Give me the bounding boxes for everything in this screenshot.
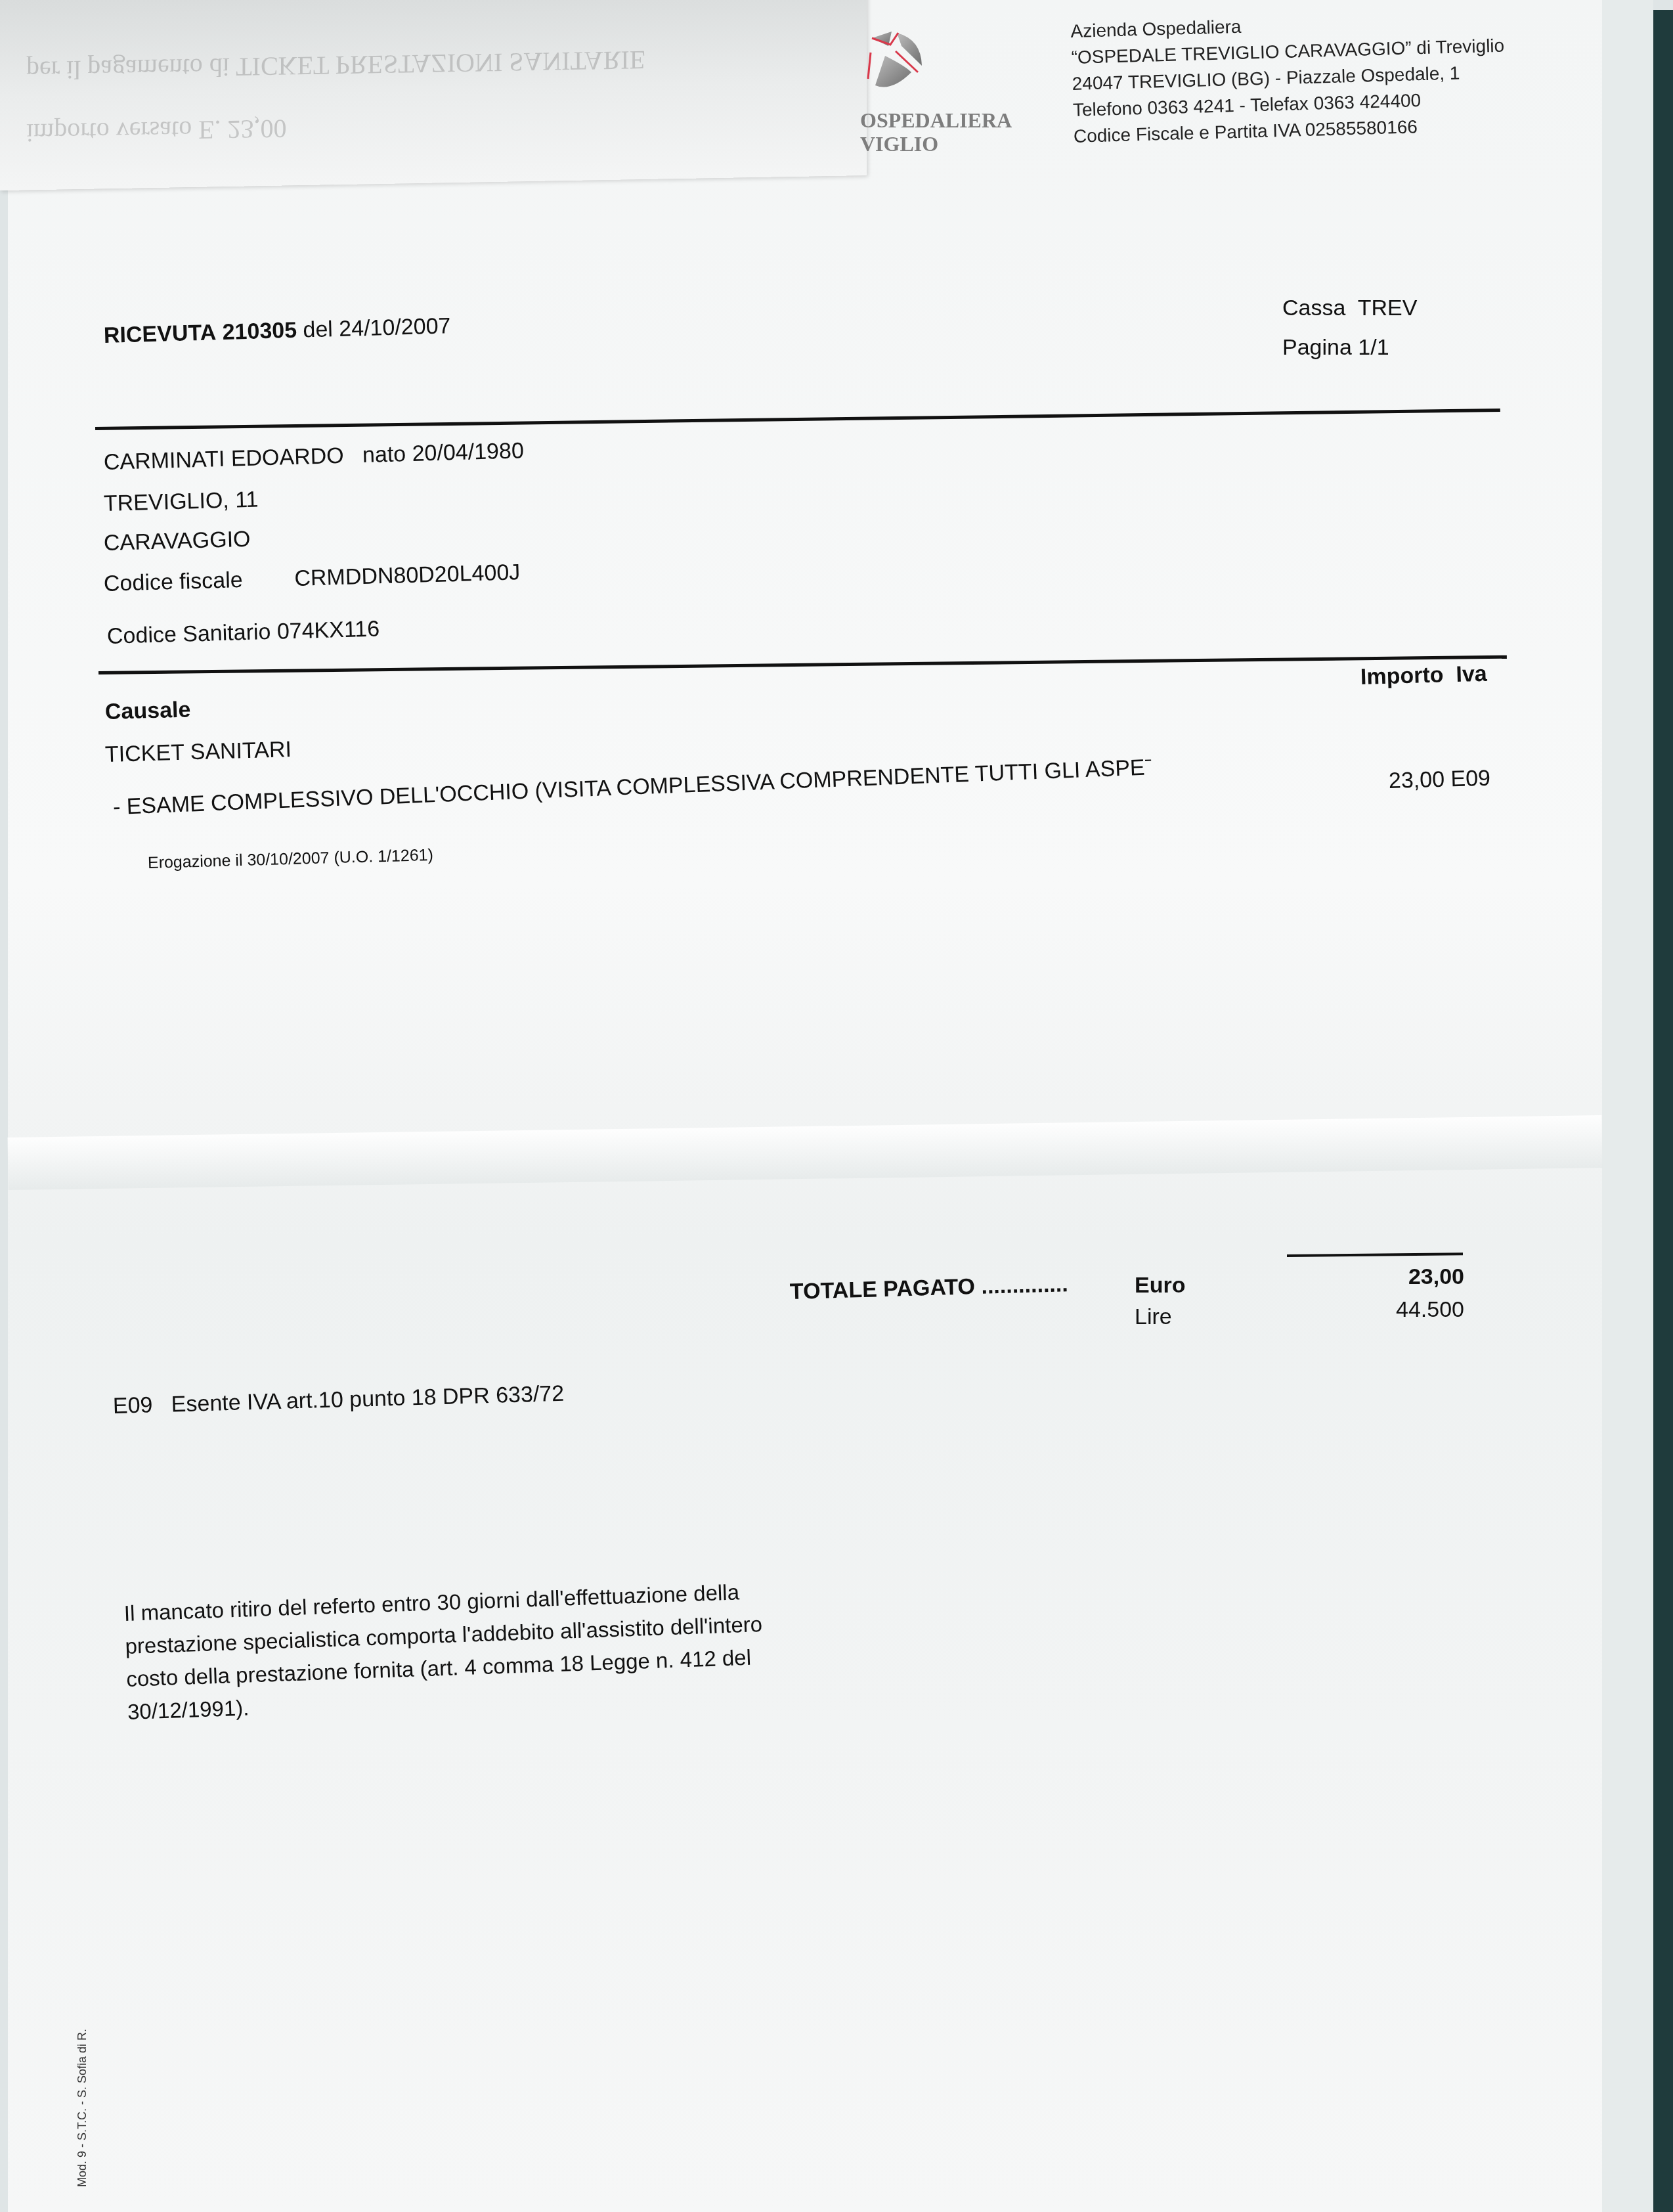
receipt-date: 24/10/2007 — [339, 313, 451, 342]
item-iva: E09 — [1450, 766, 1491, 792]
disclaimer: Il mancato ritiro del referto entro 30 g… — [123, 1575, 765, 1729]
cassa: Cassa TREV — [1282, 296, 1417, 321]
receipt-label: RICEVUTA — [103, 320, 216, 348]
health-code: 074KX116 — [276, 616, 380, 644]
item-importo: 23,00 — [1388, 767, 1445, 793]
patient-address: TREVIGLIO, 11 — [103, 487, 259, 517]
category-label: TICKET SANITARI — [104, 737, 292, 768]
paper-back-edge — [1602, 0, 1653, 2212]
logo-text-line2: VIGLIO — [860, 132, 1012, 156]
pagina: Pagina 1/1 — [1282, 335, 1389, 361]
patient-city: CARAVAGGIO — [103, 527, 251, 556]
fiscal-code-label: Codice fiscale — [103, 567, 243, 596]
euro-value: 23,00 — [1392, 1264, 1464, 1290]
iva-header: Iva — [1456, 661, 1487, 687]
birth-date: 20/04/1980 — [412, 438, 524, 466]
pagina-label: Pagina — [1282, 335, 1352, 360]
importo-iva-header: Importo Iva — [1360, 661, 1487, 690]
lire-label: Lire — [1135, 1304, 1172, 1330]
receipt-number: 210305 — [222, 318, 297, 345]
overlapping-slip: per il pagamento di TICKET PRESTAZIONI S… — [0, 0, 867, 190]
hospital-logo-text: OSPEDALIERA VIGLIO — [860, 108, 1012, 156]
ghost-text-line: per il pagamento di TICKET PRESTAZIONI S… — [26, 45, 645, 86]
hospital-info: Azienda Ospedaliera “OSPEDALE TREVIGLIO … — [1070, 7, 1507, 150]
cassa-value: TREV — [1358, 296, 1418, 321]
lire-value: 44.500 — [1379, 1297, 1464, 1323]
importo-header: Importo — [1360, 662, 1444, 690]
hospital-logo-icon — [865, 26, 924, 89]
item-amount-row: 23,00 E09 — [1388, 766, 1490, 794]
cassa-label: Cassa — [1282, 296, 1345, 321]
causale-header: Causale — [104, 697, 190, 725]
birth-label: nato — [362, 441, 406, 468]
euro-label: Euro — [1135, 1273, 1185, 1298]
pagina-value: 1/1 — [1358, 335, 1389, 360]
scanner-edge — [1653, 10, 1673, 2212]
form-code: Mod. 9 - S.T.C. - S. Sofia di R. — [76, 2029, 89, 2187]
ghost-text-line: importo versato E. 23,00 — [26, 113, 287, 148]
receipt-date-label: del — [303, 317, 333, 342]
logo-text-line1: OSPEDALIERA — [860, 108, 1012, 132]
vat-code: E09 — [112, 1392, 153, 1419]
health-code-label: Codice Sanitario — [106, 619, 271, 649]
